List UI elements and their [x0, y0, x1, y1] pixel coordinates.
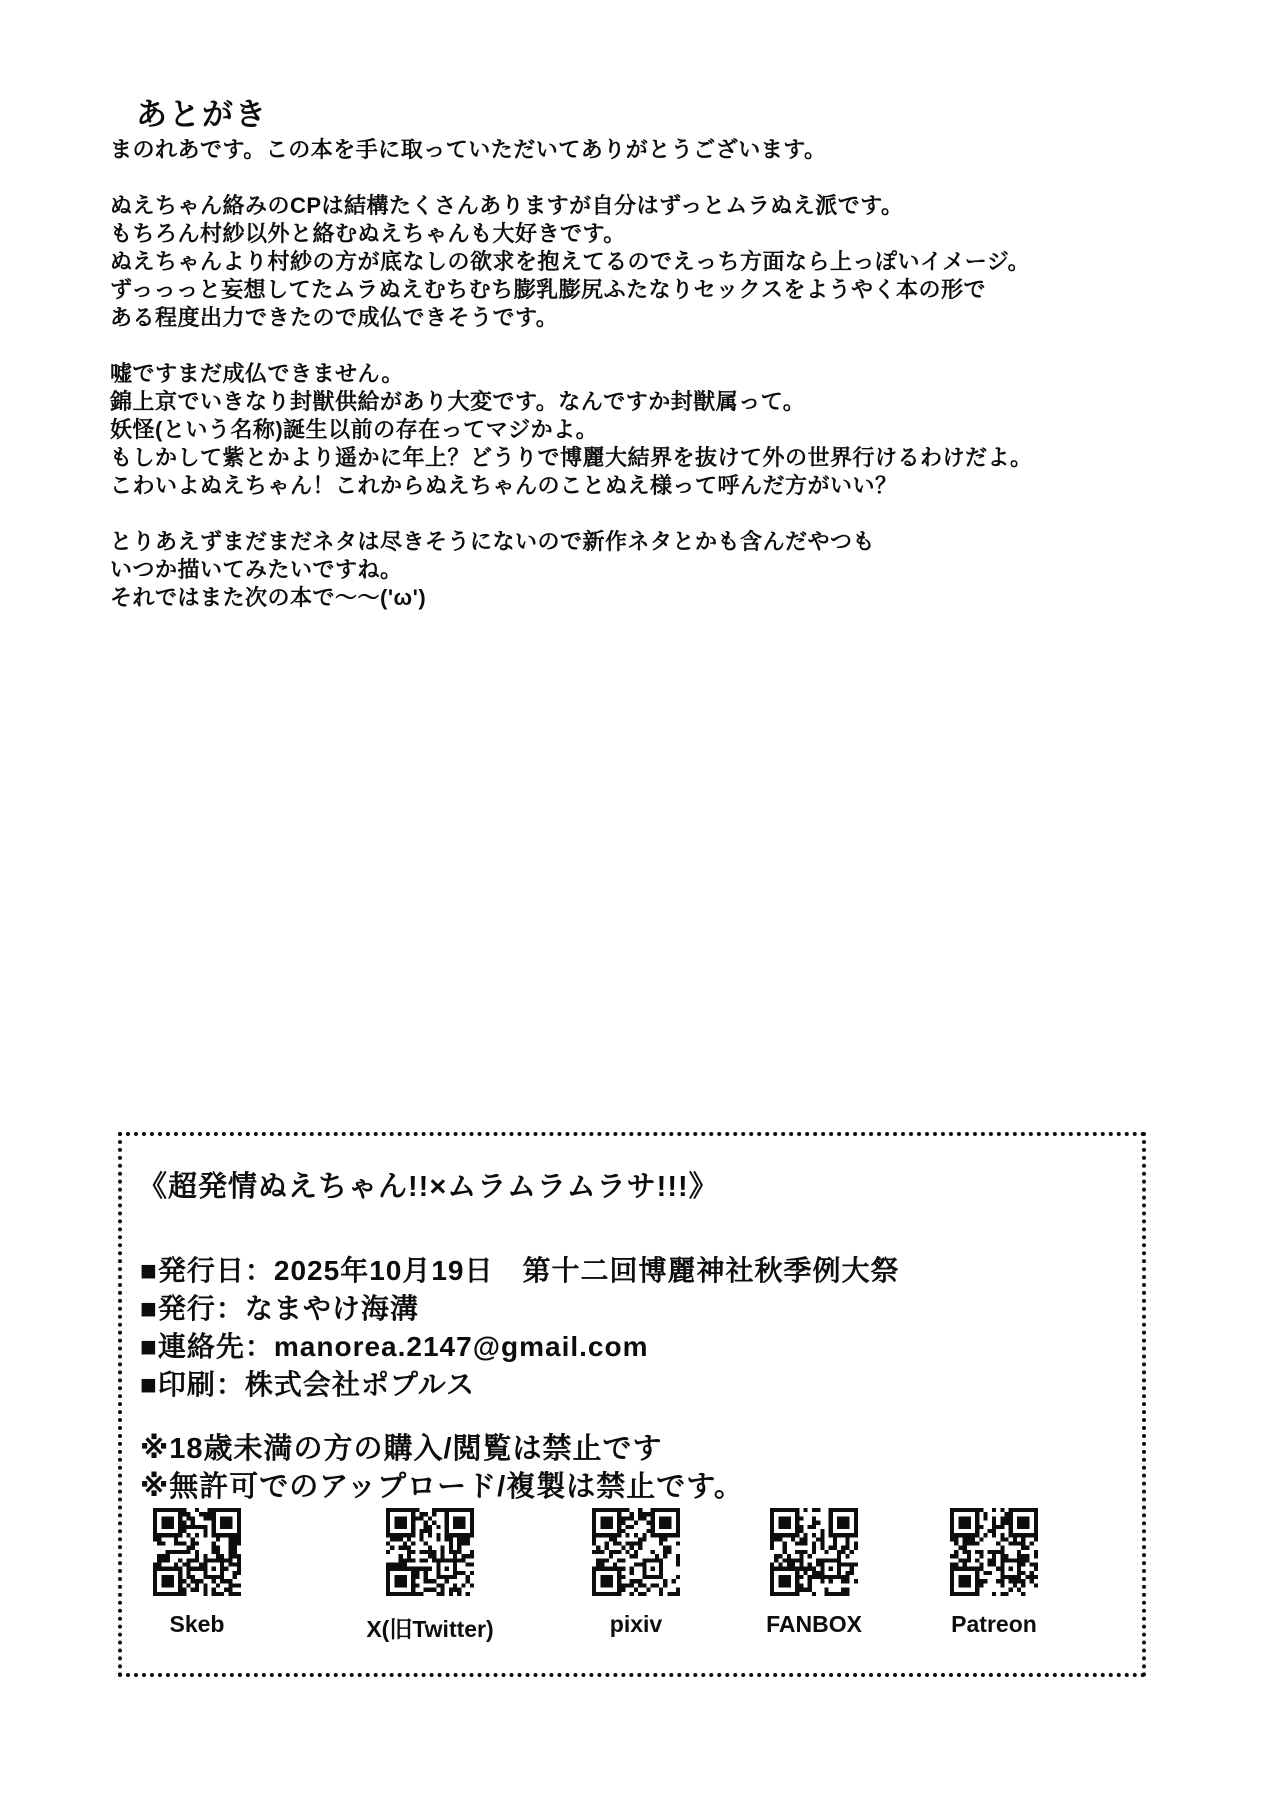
- afterword-line: 嘘ですまだ成仏できません。: [110, 360, 1170, 388]
- afterword-line: ぬえちゃん絡みのCPは結構たくさんありますが自分はずっとムラぬえ派です。: [110, 192, 1170, 220]
- afterword-line: ある程度出力できたので成仏できそうです。: [110, 304, 1170, 332]
- afterword-line: ずっっっと妄想してたムラぬえむちむち膨乳膨尻ふたなりセックスをようやく本の形で: [110, 276, 1170, 304]
- afterword-line: それではまた次の本で～～('ω'): [110, 584, 1170, 612]
- qr-code-icon: [592, 1508, 680, 1596]
- qr-code-row: X(旧Twitter) pixiv FANBOX Patreon: [122, 1136, 1142, 1673]
- afterword-paragraph: まのれあです。この本を手に取っていただいてありがとうございます。: [110, 136, 1170, 164]
- afterword-line: もちろん村紗以外と絡むぬえちゃんも大好きです。: [110, 220, 1170, 248]
- qr-item: Skeb: [122, 1508, 272, 1638]
- afterword-line: こわいよぬえちゃん！これからぬえちゃんのことぬえ様って呼んだ方がいい？: [110, 472, 1170, 500]
- qr-label: FANBOX: [739, 1611, 889, 1638]
- colophon-box: 《超発情ぬえちゃん!!×ムラムラムラサ!!!》 ■発行日：2025年10月19日…: [118, 1132, 1146, 1677]
- afterword-line: いつか描いてみたいですね。: [110, 556, 1170, 584]
- afterword-line: ぬえちゃんより村紗の方が底なしの欲求を抱えてるのでえっち方面なら上っぽいイメージ…: [110, 248, 1170, 276]
- qr-code-icon: [386, 1508, 474, 1596]
- qr-label: Patreon: [919, 1611, 1069, 1638]
- qr-code-icon: [950, 1508, 1038, 1596]
- afterword-line: 妖怪(という名称)誕生以前の存在ってマジかよ。: [110, 416, 1170, 444]
- qr-item: X(旧Twitter): [355, 1508, 505, 1644]
- qr-label: pixiv: [561, 1611, 711, 1638]
- afterword-page: あとがき まのれあです。この本を手に取っていただいてありがとうございます。 ぬえ…: [0, 0, 1280, 1808]
- qr-item: Patreon: [919, 1508, 1069, 1638]
- afterword-body: まのれあです。この本を手に取っていただいてありがとうございます。 ぬえちゃん絡み…: [110, 136, 1170, 640]
- afterword-paragraph: とりあえずまだまだネタは尽きそうにないので新作ネタとかも含んだやつもいつか描いて…: [110, 528, 1170, 612]
- qr-code-icon: [153, 1508, 241, 1596]
- qr-item: pixiv: [561, 1508, 711, 1638]
- afterword-line: もしかして紫とかより遥かに年上？どうりで博麗大結界を抜けて外の世界行けるわけだよ…: [110, 444, 1170, 472]
- qr-code-icon: [770, 1508, 858, 1596]
- afterword-line: まのれあです。この本を手に取っていただいてありがとうございます。: [110, 136, 1170, 164]
- afterword-paragraph: 嘘ですまだ成仏できません。錦上京でいきなり封獣供給があり大変です。なんですか封獣…: [110, 360, 1170, 500]
- afterword-paragraph: ぬえちゃん絡みのCPは結構たくさんありますが自分はずっとムラぬえ派です。もちろん…: [110, 192, 1170, 332]
- page-title: あとがき: [136, 89, 268, 134]
- qr-label: X(旧Twitter): [355, 1611, 505, 1644]
- qr-item: FANBOX: [739, 1508, 889, 1638]
- qr-label: Skeb: [122, 1611, 272, 1638]
- afterword-line: とりあえずまだまだネタは尽きそうにないので新作ネタとかも含んだやつも: [110, 528, 1170, 556]
- afterword-line: 錦上京でいきなり封獣供給があり大変です。なんですか封獣属って。: [110, 388, 1170, 416]
